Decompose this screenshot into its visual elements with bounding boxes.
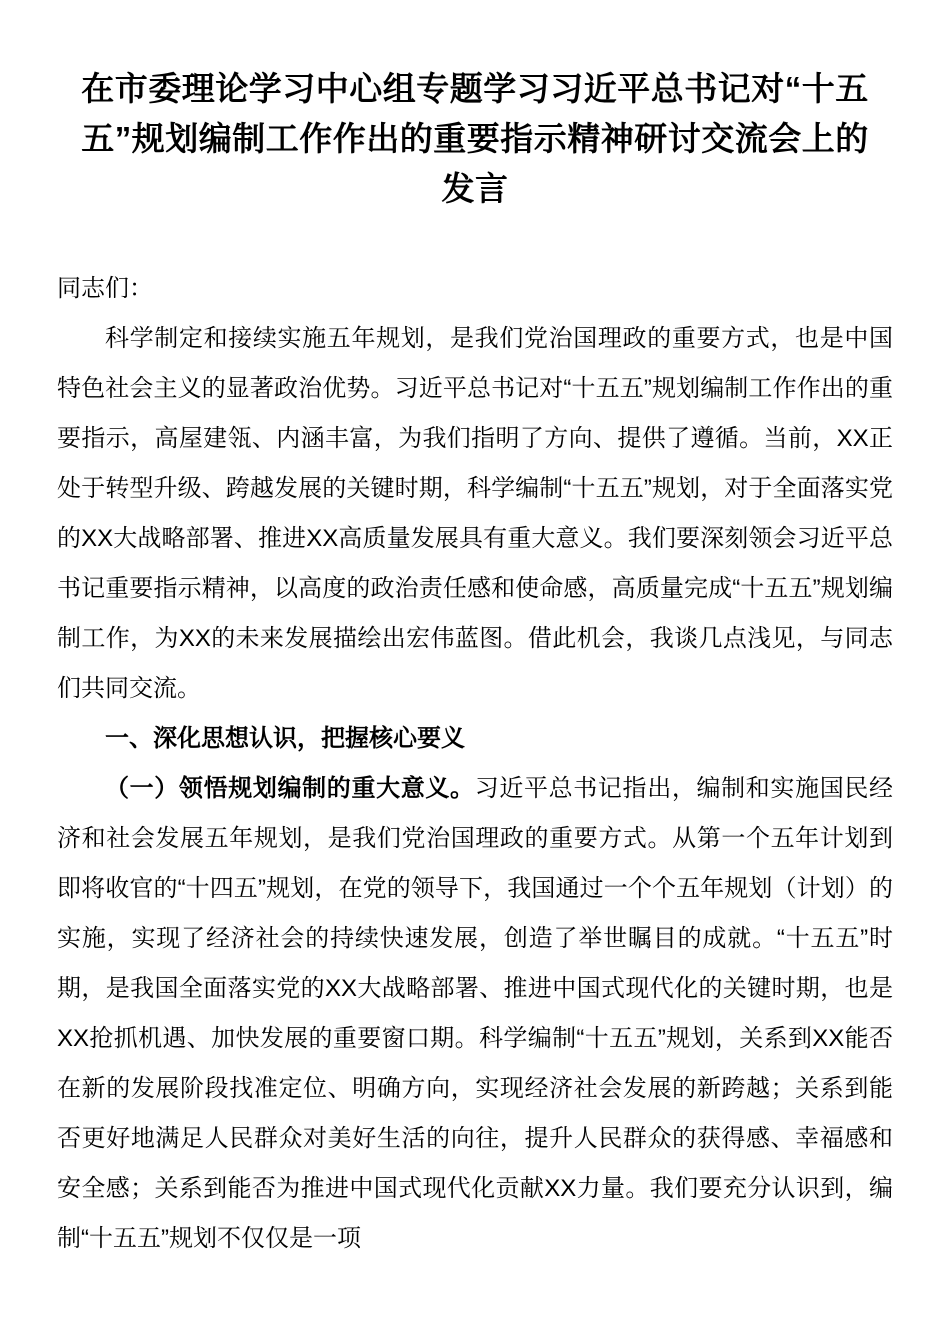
document-body: 同志们： 科学制定和接续实施五年规划，是我们党治国理政的重要方式，也是中国特色社… <box>57 264 893 1264</box>
document-title: 在市委理论学习中心组专题学习习近平总书记对“十五五”规划编制工作作出的重要指示精… <box>70 64 880 214</box>
subsection-1-text: 习近平总书记指出，编制和实施国民经济和社会发展五年规划，是我们党治国理政的重要方… <box>57 775 893 1252</box>
paragraph-intro: 科学制定和接续实施五年规划，是我们党治国理政的重要方式，也是中国特色社会主义的显… <box>57 314 893 714</box>
salutation: 同志们： <box>57 264 893 314</box>
section-heading-1: 一、深化思想认识，把握核心要义 <box>57 714 893 764</box>
document-page: 在市委理论学习中心组专题学习习近平总书记对“十五五”规划编制工作作出的重要指示精… <box>0 0 950 1344</box>
paragraph-subsection-1: （一）领悟规划编制的重大意义。习近平总书记指出，编制和实施国民经济和社会发展五年… <box>57 764 893 1264</box>
subsection-1-lead: （一）领悟规划编制的重大意义。 <box>105 775 475 802</box>
